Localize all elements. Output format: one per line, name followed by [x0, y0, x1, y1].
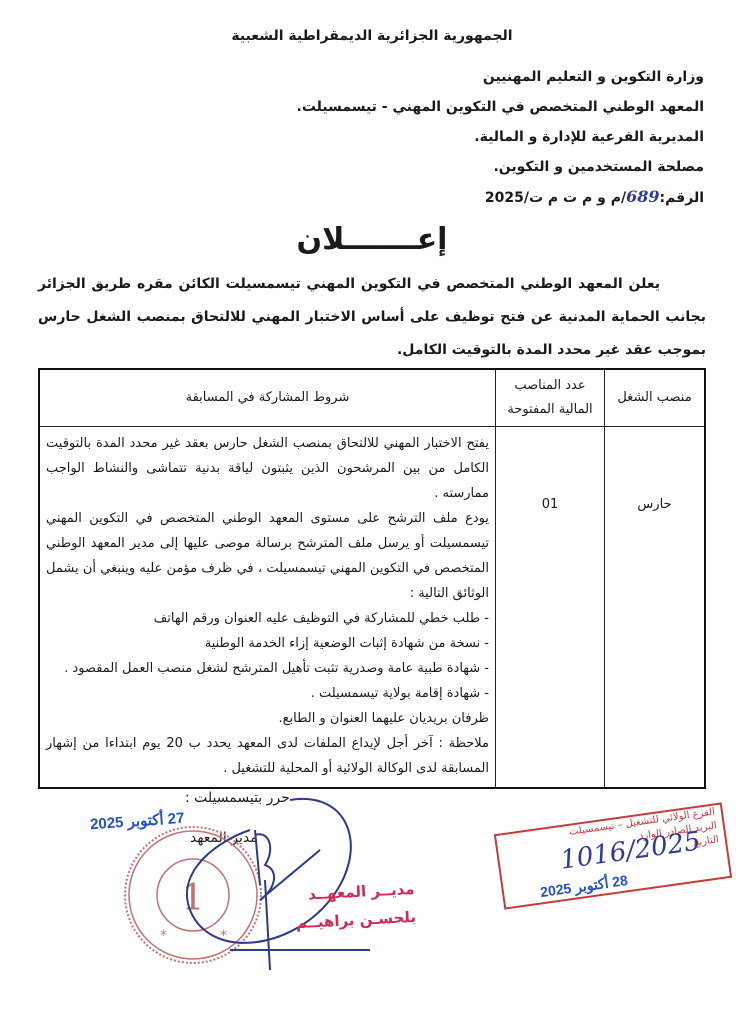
- condition-item: يودع ملف الترشح على مستوى المعهد الوطني …: [46, 506, 489, 606]
- cell-count: 01: [496, 427, 605, 789]
- letterhead: وزارة التكوين و التعليم المهنيين المعهد …: [204, 62, 704, 212]
- reference-label: الرقم:: [659, 190, 704, 206]
- table-header-row: منصب الشغل عدد المناصب المالية المفتوحة …: [39, 369, 705, 427]
- intro-text: يعلن المعهد الوطني المتخصص في التكوين ال…: [38, 268, 706, 367]
- institute-name: المعهد الوطني المتخصص في التكوين المهني …: [204, 92, 704, 122]
- header-count: عدد المناصب المالية المفتوحة: [496, 369, 605, 427]
- header-job: منصب الشغل: [605, 369, 706, 427]
- director-name-stamp: مديــر المعهــد بلحسـن براهيــم: [294, 875, 417, 937]
- ministry-name: وزارة التكوين و التعليم المهنيين: [204, 62, 704, 92]
- republic-header: الجمهورية الجزائرية الديمقراطية الشعبية: [0, 28, 744, 44]
- condition-item: ظرفان بريديان عليهما العنوان و الطابع.: [46, 706, 489, 731]
- condition-item: - شهادة إقامة بولاية تيسمسيلت .: [46, 681, 489, 706]
- svg-text:*: *: [160, 928, 167, 944]
- service-name: مصلحة المستخدمين و التكوين.: [204, 152, 704, 182]
- header-conditions: شروط المشاركة في المسابقة: [39, 369, 496, 427]
- condition-item: يفتح الاختبار المهني للالتحاق بمنصب الشغ…: [46, 431, 489, 506]
- reference-line: الرقم:689/م و م ت م ت/2025: [204, 182, 704, 212]
- cell-conditions: يفتح الاختبار المهني للالتحاق بمنصب الشغ…: [39, 427, 496, 789]
- table-row: حارس 01 يفتح الاختبار المهني للالتحاق بم…: [39, 427, 705, 789]
- condition-item: - شهادة طبية عامة وصدرية تثبت تأهيل المت…: [46, 656, 489, 681]
- condition-item: - طلب خطي للمشاركة في التوظيف عليه العنو…: [46, 606, 489, 631]
- name-stamp-name: بلحسـن براهيــم: [295, 903, 417, 937]
- sub-directorate: المديرية الفرعية للإدارة و المالية.: [204, 122, 704, 152]
- cell-job: حارس: [605, 427, 706, 789]
- condition-item: - نسخة من شهادة إثبات الوضعية إزاء الخدم…: [46, 631, 489, 656]
- condition-note: ملاحظة : آخر أجل لإيداع الملفات لدى المع…: [46, 731, 489, 781]
- announcement-document: الجمهورية الجزائرية الديمقراطية الشعبية …: [0, 0, 744, 1024]
- intro-paragraph: يعلن المعهد الوطني المتخصص في التكوين ال…: [38, 268, 706, 367]
- page-title: إعـــــــلان: [0, 222, 744, 257]
- positions-table: منصب الشغل عدد المناصب المالية المفتوحة …: [38, 368, 706, 789]
- reference-number: 689: [626, 187, 659, 206]
- reference-suffix: /م و م ت م ت/2025: [485, 190, 626, 206]
